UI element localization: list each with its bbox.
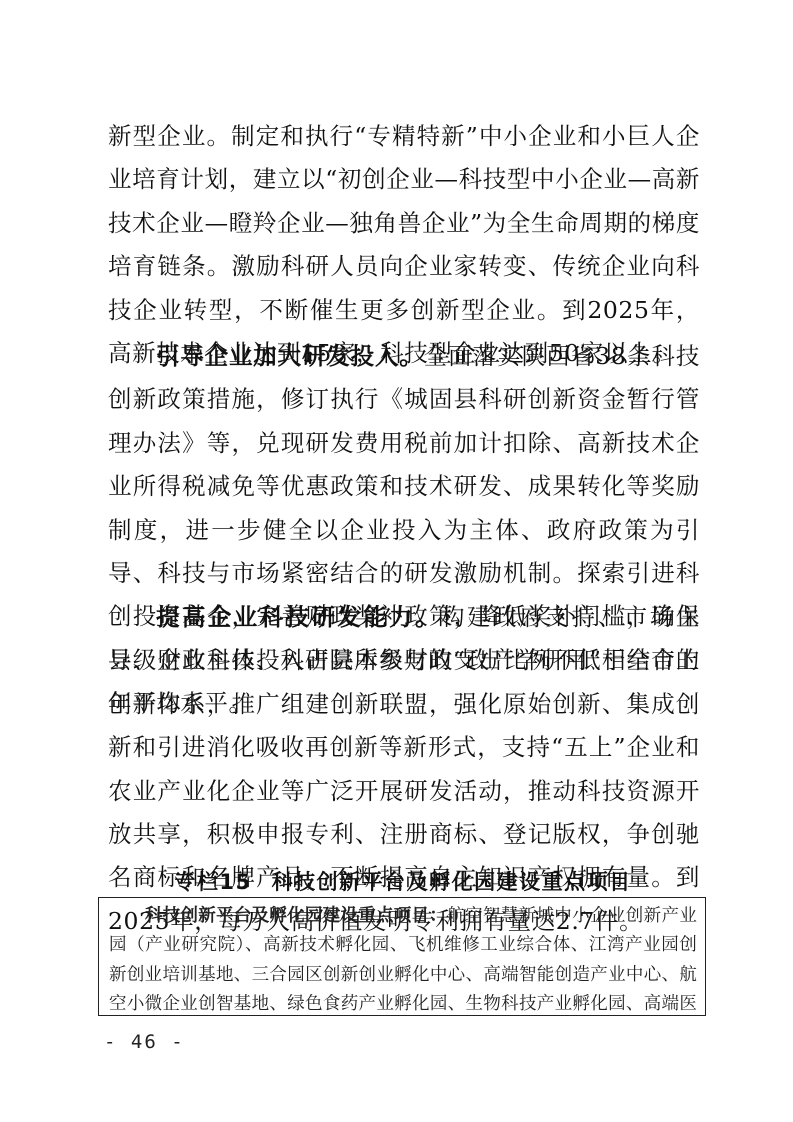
column-box-title: 专栏15科技创新平台及孵化园建设重点项目 xyxy=(98,866,708,896)
column-box: 科技创新平台及孵化园建设重点项目：航空智慧新城中小企业创新产业园（产业研究院）、… xyxy=(98,897,706,1016)
column-number: 专栏15 xyxy=(174,870,251,894)
column-title-text: 科技创新平台及孵化园建设重点项目 xyxy=(272,870,632,894)
paragraph-heading: 提高企业科技研发能力。 xyxy=(156,603,441,631)
column-box-body: 科技创新平台及孵化园建设重点项目：航空智慧新城中小企业创新产业园（产业研究院）、… xyxy=(99,898,705,1016)
paragraph-heading: 引导企业加大研发投入。 xyxy=(156,342,424,370)
page-number: - 46 - xyxy=(104,1031,185,1053)
document-page: 新型企业。制定和执行“专精特新”中小企业和小巨人企业培育计划，建立以“初创企业—… xyxy=(0,0,793,1122)
column-box-heading: 科技创新平台及孵化园建设重点项目： xyxy=(145,906,447,926)
